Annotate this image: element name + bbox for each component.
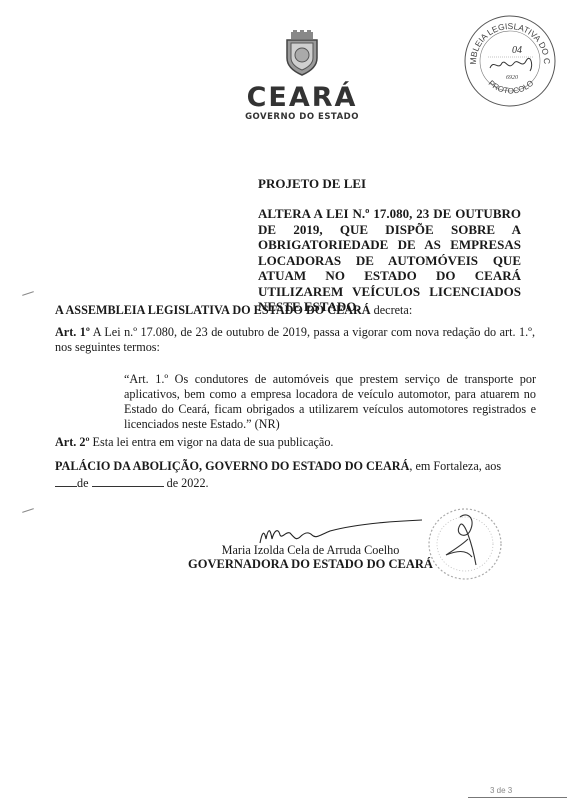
signatory-role: GOVERNADORA DO ESTADO DO CEARÁ: [183, 557, 438, 572]
article-2-label: Art. 2º: [55, 435, 89, 449]
day-blank: [55, 475, 77, 487]
official-seal-stamp: [424, 505, 506, 583]
decreta-text: decreta:: [371, 303, 413, 317]
closing-clause: PALÁCIO DA ABOLIÇÃO, GOVERNO DO ESTADO D…: [55, 459, 535, 491]
stamp-extra: 6920: [506, 75, 518, 81]
logo-title: CEARÁ: [243, 84, 361, 112]
article-2: Art. 2º Esta lei entra em vigor na data …: [55, 435, 535, 450]
svg-text:PROTOCOLO: PROTOCOLO: [487, 79, 536, 96]
protocol-stamp: ASSEMBLEIA LEGISLATIVA DO CEARÁ PROTOCOL…: [462, 13, 558, 109]
signatory-name: Maria Izolda Cela de Arruda Coelho: [183, 543, 438, 558]
date-de-1: de: [77, 476, 89, 490]
document-ementa: ALTERA A LEI N.º 17.080, 23 DE OUTUBRO D…: [258, 206, 521, 315]
stamp-bottom-text: PROTOCOLO: [487, 79, 536, 96]
logo-subtitle: GOVERNO DO ESTADO: [243, 112, 361, 122]
closing-text: , em Fortaleza, aos: [409, 459, 501, 473]
article-1-label: Art. 1º: [55, 325, 90, 339]
enacting-clause: A ASSEMBLEIA LEGISLATIVA DO ESTADO DO CE…: [55, 303, 535, 318]
footer-rule: [468, 797, 567, 798]
page-footer: 3 de 3: [468, 786, 567, 800]
palace-name: PALÁCIO DA ABOLIÇÃO, GOVERNO DO ESTADO D…: [55, 459, 409, 473]
handwritten-signature: [200, 515, 440, 545]
ceara-government-logo: CEARÁ GOVERNO DO ESTADO: [243, 30, 361, 122]
ceara-coat-of-arms-icon: [284, 30, 320, 76]
article-1: Art. 1º A Lei n.º 17.080, de 23 de outub…: [55, 325, 535, 355]
page-indicator: 3 de 3: [488, 786, 514, 795]
svg-text:ASSEMBLEIA LEGISLATIVA DO CEAR: ASSEMBLEIA LEGISLATIVA DO CEARÁ: [462, 13, 552, 65]
assembly-name: A ASSEMBLEIA LEGISLATIVA DO ESTADO DO CE…: [55, 303, 371, 317]
date-year: de 2022.: [167, 476, 209, 490]
document-title: PROJETO DE LEI: [258, 176, 366, 192]
article-2-text: Esta lei entra em vigor na data de sua p…: [89, 435, 333, 449]
stamp-number: 04: [512, 45, 522, 56]
margin-mark: [22, 508, 34, 513]
article-1-text: A Lei n.º 17.080, de 23 de outubro de 20…: [55, 325, 535, 354]
margin-mark: [22, 291, 34, 296]
stamp-top-text: ASSEMBLEIA LEGISLATIVA DO CEARÁ: [462, 13, 552, 65]
month-blank: [92, 475, 164, 487]
amended-article-quote: “Art. 1.º Os condutores de automóveis qu…: [124, 372, 536, 432]
